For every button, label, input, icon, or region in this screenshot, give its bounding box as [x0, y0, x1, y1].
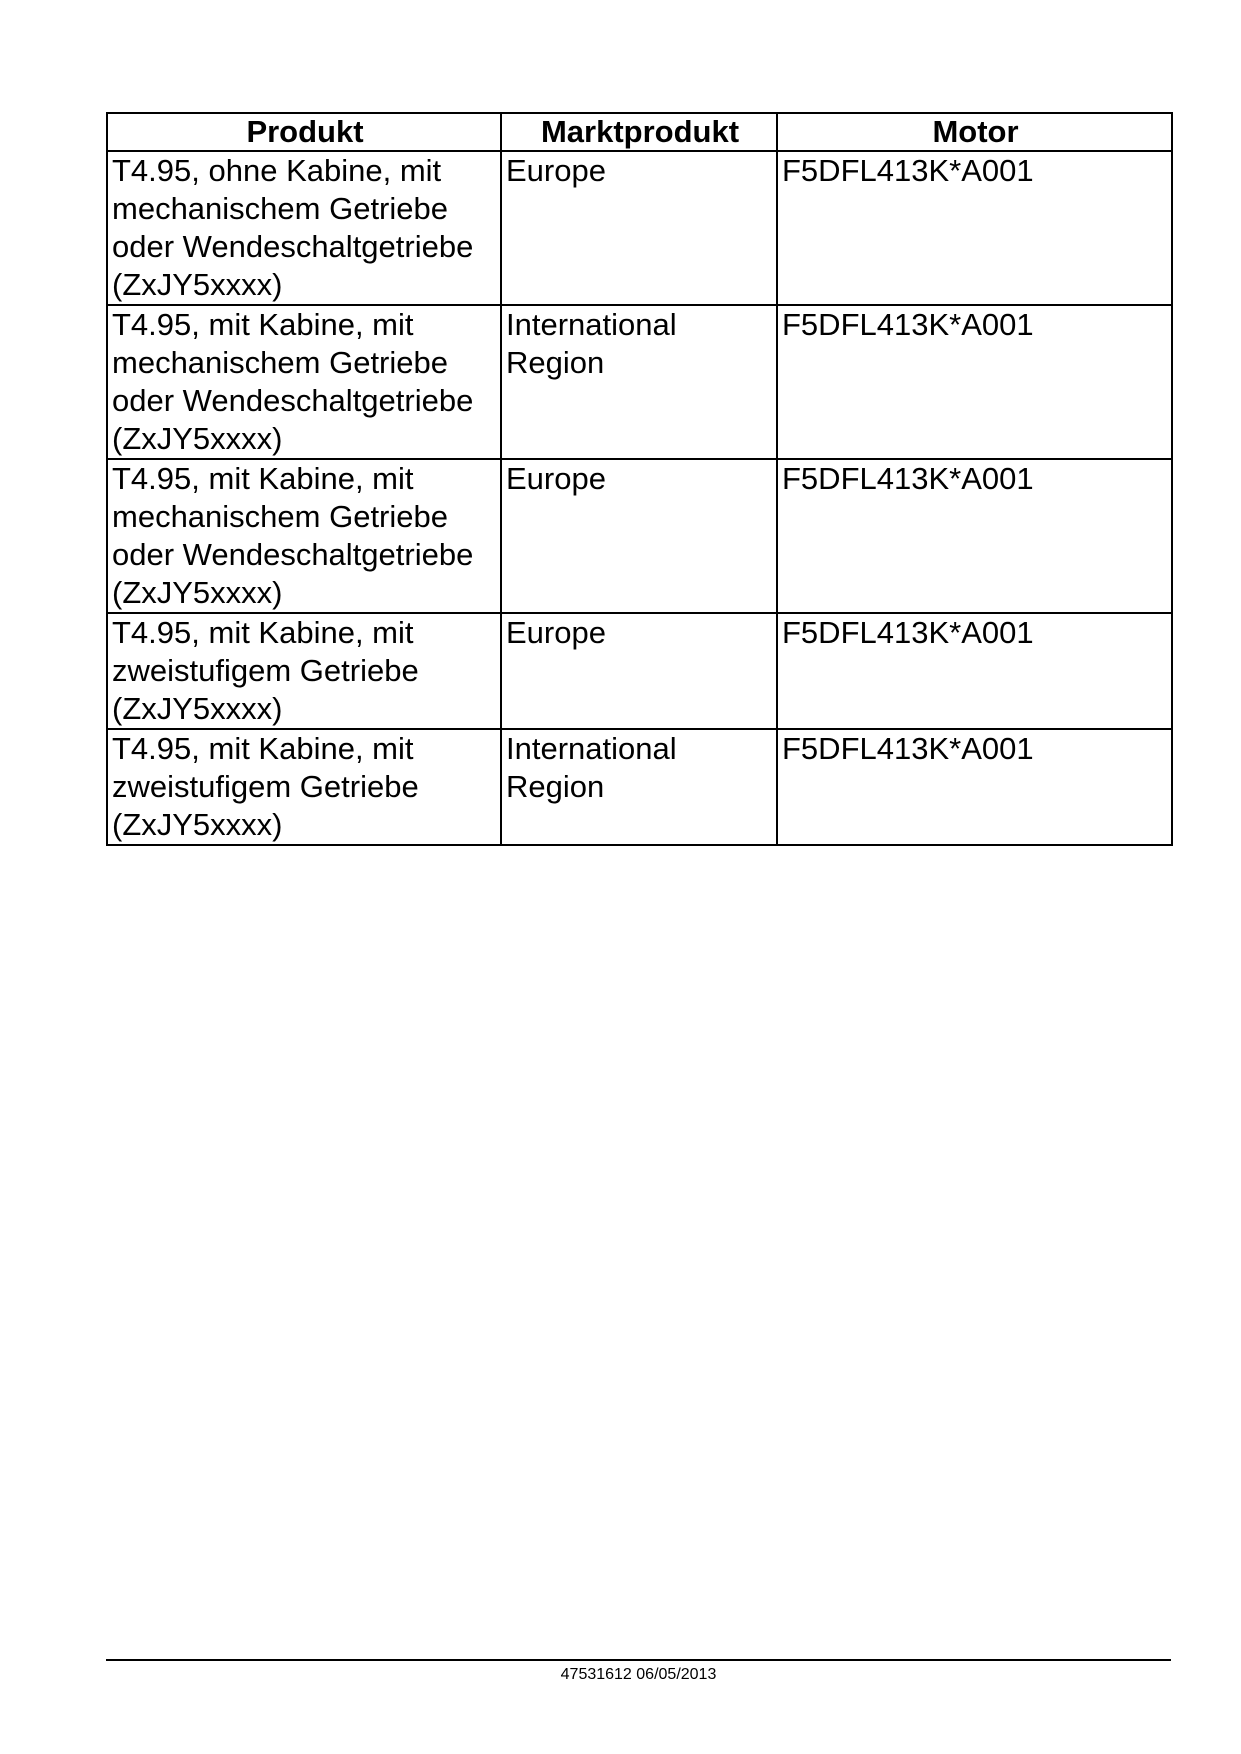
- cell-produkt-line: oder Wendeschaltgetriebe: [112, 228, 498, 266]
- cell-motor: F5DFL413K*A001: [777, 151, 1172, 305]
- cell-motor: F5DFL413K*A001: [777, 613, 1172, 729]
- header-marktprodukt: Marktprodukt: [501, 113, 777, 151]
- cell-marktprodukt: Europe: [501, 459, 777, 613]
- table-header-row: Produkt Marktprodukt Motor: [107, 113, 1172, 151]
- table-row: T4.95, ohne Kabine, mitmechanischem Getr…: [107, 151, 1172, 305]
- cell-produkt: T4.95, ohne Kabine, mitmechanischem Getr…: [107, 151, 501, 305]
- cell-produkt-line: zweistufigem Getriebe: [112, 652, 498, 690]
- cell-marktprodukt-line: Europe: [506, 460, 774, 498]
- cell-produkt-line: zweistufigem Getriebe: [112, 768, 498, 806]
- cell-produkt: T4.95, mit Kabine, mitzweistufigem Getri…: [107, 729, 501, 845]
- cell-produkt-line: mechanischem Getriebe: [112, 344, 498, 382]
- cell-marktprodukt-line: Region: [506, 768, 774, 806]
- cell-produkt-line: T4.95, mit Kabine, mit: [112, 306, 498, 344]
- cell-produkt-line: (ZxJY5xxxx): [112, 690, 498, 728]
- cell-produkt-line: (ZxJY5xxxx): [112, 574, 498, 612]
- cell-produkt: T4.95, mit Kabine, mitzweistufigem Getri…: [107, 613, 501, 729]
- cell-produkt-line: T4.95, mit Kabine, mit: [112, 614, 498, 652]
- cell-marktprodukt-line: Europe: [506, 152, 774, 190]
- cell-motor: F5DFL413K*A001: [777, 459, 1172, 613]
- cell-marktprodukt-line: International: [506, 306, 774, 344]
- cell-produkt-line: T4.95, ohne Kabine, mit: [112, 152, 498, 190]
- cell-marktprodukt-line: Region: [506, 344, 774, 382]
- cell-produkt-line: (ZxJY5xxxx): [112, 420, 498, 458]
- cell-produkt-line: oder Wendeschaltgetriebe: [112, 382, 498, 420]
- header-motor: Motor: [777, 113, 1172, 151]
- table-row: T4.95, mit Kabine, mitmechanischem Getri…: [107, 305, 1172, 459]
- cell-marktprodukt-line: International: [506, 730, 774, 768]
- cell-produkt-line: (ZxJY5xxxx): [112, 806, 498, 844]
- cell-marktprodukt: InternationalRegion: [501, 305, 777, 459]
- cell-marktprodukt: Europe: [501, 151, 777, 305]
- table-row: T4.95, mit Kabine, mitzweistufigem Getri…: [107, 729, 1172, 845]
- footer-divider: [106, 1659, 1171, 1661]
- cell-produkt-line: (ZxJY5xxxx): [112, 266, 498, 304]
- cell-produkt-line: T4.95, mit Kabine, mit: [112, 460, 498, 498]
- footer-doc-id-date: 47531612 06/05/2013: [0, 1666, 1241, 1684]
- cell-motor: F5DFL413K*A001: [777, 729, 1172, 845]
- engine-table: Produkt Marktprodukt Motor T4.95, ohne K…: [106, 112, 1173, 846]
- table-row: T4.95, mit Kabine, mitmechanischem Getri…: [107, 459, 1172, 613]
- table-row: T4.95, mit Kabine, mitzweistufigem Getri…: [107, 613, 1172, 729]
- cell-produkt-line: mechanischem Getriebe: [112, 190, 498, 228]
- cell-produkt: T4.95, mit Kabine, mitmechanischem Getri…: [107, 459, 501, 613]
- cell-marktprodukt: InternationalRegion: [501, 729, 777, 845]
- cell-produkt: T4.95, mit Kabine, mitmechanischem Getri…: [107, 305, 501, 459]
- cell-produkt-line: oder Wendeschaltgetriebe: [112, 536, 498, 574]
- cell-produkt-line: mechanischem Getriebe: [112, 498, 498, 536]
- cell-produkt-line: T4.95, mit Kabine, mit: [112, 730, 498, 768]
- header-produkt: Produkt: [107, 113, 501, 151]
- cell-motor: F5DFL413K*A001: [777, 305, 1172, 459]
- cell-marktprodukt: Europe: [501, 613, 777, 729]
- cell-marktprodukt-line: Europe: [506, 614, 774, 652]
